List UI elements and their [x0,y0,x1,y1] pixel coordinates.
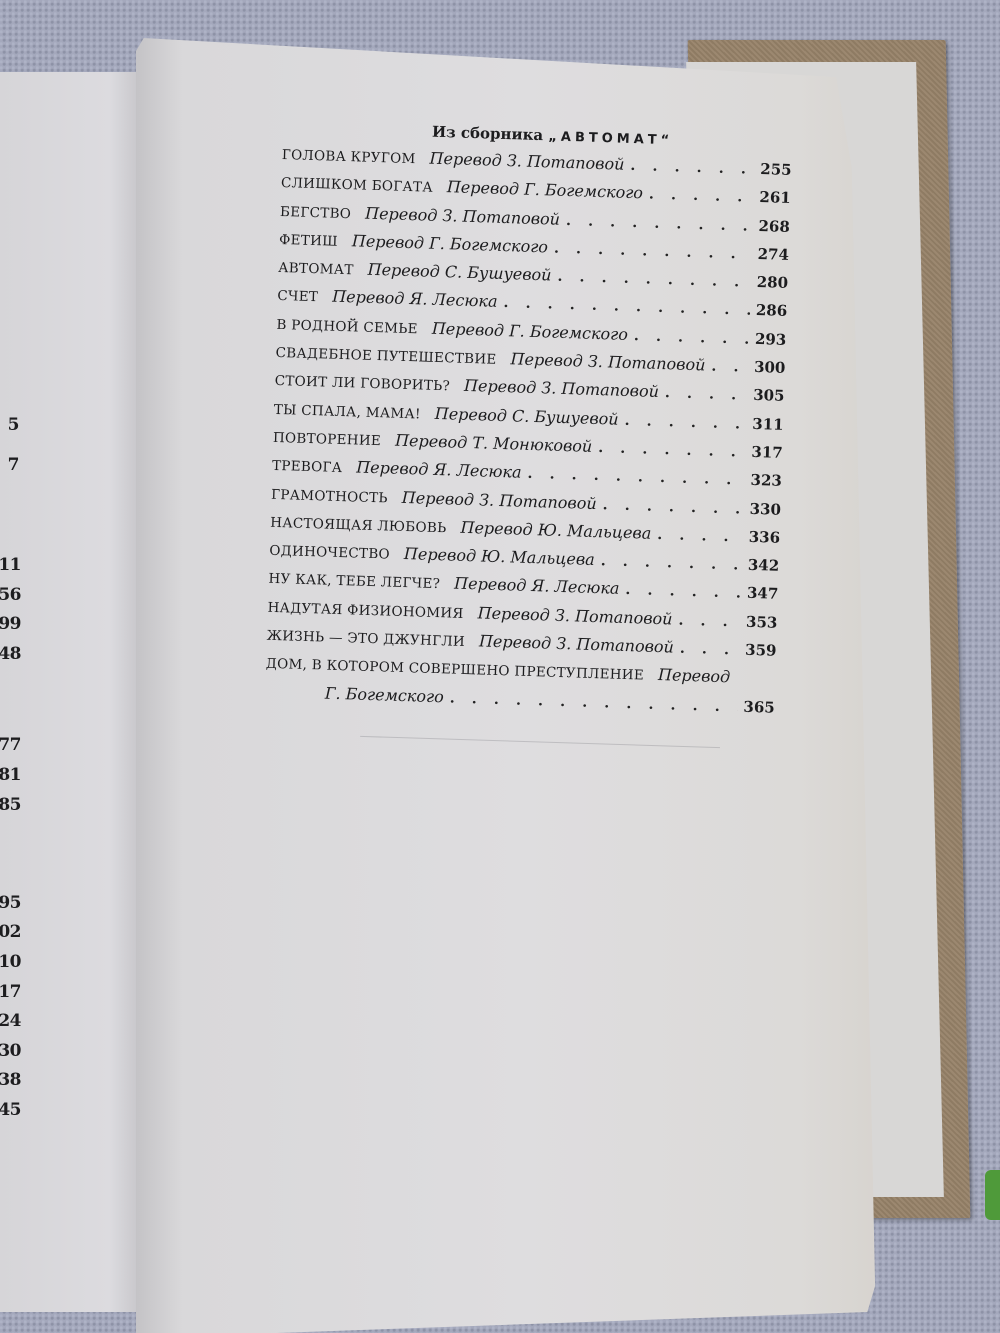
story-title: Слишком богата [281,175,433,196]
leader-dots [711,358,748,376]
translator: Г. Богемского [325,683,444,706]
translator: Перевод Я. Лесюка [332,287,498,311]
heading-prefix: Из сборника [432,123,549,145]
story-title: Фетиш [279,232,338,250]
left-page-number: 11 [0,555,21,575]
page-number: 300 [754,358,786,377]
page-number: 317 [751,443,783,462]
story-title: Настоящая любовь [270,515,447,537]
page-number: 336 [748,528,780,547]
left-page-number: 77 [0,735,21,755]
story-title: Бегство [280,204,352,222]
story-title: Ну как, тебе легче? [268,571,440,592]
page-number: 311 [752,415,784,434]
page-number: 359 [745,641,777,660]
page-number: 342 [748,556,780,575]
story-title: Одиночество [269,543,390,563]
leader-dots [634,327,750,348]
story-title: Грамотность [271,486,388,506]
story-title: Свадебное путешествие [275,345,496,368]
left-page-number: 5 [8,415,19,435]
left-page-number: 95 [0,893,21,913]
leader-dots [680,640,740,659]
story-title: Надутая физиономия [267,600,464,622]
page-number: 323 [750,471,782,490]
toc-entries: Голова кругомПеревод З. Потаповой255Слиш… [265,144,792,697]
collection-name: „АВТОМАТ“ [548,129,673,148]
page-number: 305 [753,386,785,405]
left-page-number: 24 [0,1011,21,1031]
page-number: 261 [759,188,791,207]
leader-dots [630,157,754,178]
leader-dots [678,611,740,630]
left-page: 57115699487781859502101724303845 [0,72,138,1312]
leader-dots [554,239,752,262]
page-number: 347 [747,584,779,603]
story-title: Повторение [273,430,382,449]
leader-dots [665,385,748,405]
left-page-number: 30 [0,1041,21,1061]
story-title: Стоит ли говорить? [274,373,450,395]
left-page-number: 81 [0,765,21,785]
plant-leaf [985,1170,1000,1220]
left-page-number: 56 [0,585,21,605]
story-title: Голова кругом [282,147,416,167]
leader-dots [557,268,751,291]
leader-dots [602,496,743,517]
left-page-number: 10 [0,952,21,972]
page-number: 280 [756,273,788,292]
table-of-contents: Из сборника „АВТОМАТ“ Голова кругомПерев… [264,118,792,726]
leader-dots [566,212,753,235]
translator: Перевод Я. Лесюка [356,458,522,482]
leader-dots [503,295,750,320]
left-page-number: 85 [0,795,21,815]
leader-dots [600,552,742,573]
page-number: 274 [757,245,789,264]
story-title: В родной семье [276,317,418,337]
leader-dots [657,526,743,546]
left-page-number: 7 [8,455,19,475]
page-number: 353 [746,613,778,632]
translator: Перевод [658,665,731,686]
story-title: Жизнь — это джунгли [266,628,465,650]
left-page-number: 99 [0,614,21,634]
story-title: Автомат [278,260,354,278]
page-number: 365 [743,697,775,716]
leader-dots [649,186,754,206]
leader-dots [624,412,746,433]
story-title: Счет [277,288,318,305]
left-page-number: 38 [0,1070,21,1090]
leader-dots [598,439,746,461]
story-title: Ты спала, мама! [274,402,421,423]
page-number: 330 [749,499,781,518]
page-number: 293 [755,330,787,349]
leader-dots [527,465,745,489]
translator: Перевод З. Потаповой [429,149,624,174]
page-number: 255 [760,160,792,179]
translator: Перевод Я. Лесюка [454,574,620,598]
left-page-number: 45 [0,1100,21,1120]
story-title: Тревога [272,458,343,476]
leader-dots [625,581,741,602]
left-page-number: 17 [0,982,21,1002]
page-number: 268 [758,217,790,236]
left-page-number: 02 [0,922,21,942]
left-page-number: 48 [0,644,21,664]
page-number: 286 [756,301,788,320]
